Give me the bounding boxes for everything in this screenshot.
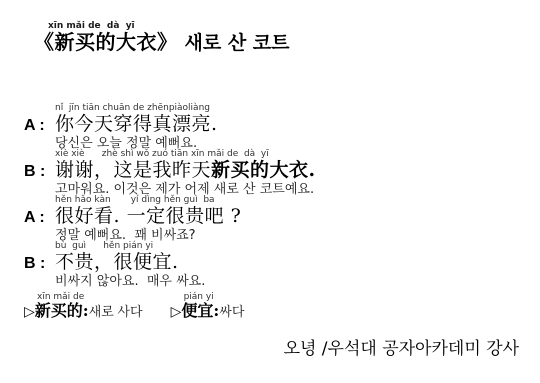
dialog-block: nǐ jīn tiān chuān de zhēnpiàoliàng A :你今… [24, 103, 524, 287]
vocab-korean: 싸다 [219, 304, 244, 319]
dialog-line-a2: hěn hǎo kàn yí dìng hěn guì ba A :很好看. 一… [24, 195, 524, 241]
vocab-korean: 새로 사다 [89, 304, 143, 319]
dialog-line-b1: xiè xiè zhè shì wǒ zuó tiān xīn mǎi de d… [24, 149, 524, 195]
chinese-row: B :谢谢，这是我昨天新买的大衣. [24, 159, 524, 183]
chinese-text: 你今天穿得真漂亮. [55, 113, 218, 135]
vocab-entry: ▷新买的:새로 사다 [24, 302, 143, 321]
chinese-text-emphasis: 新买的大衣. [211, 159, 316, 181]
chinese-text: 谢谢，这是我昨天 [55, 159, 211, 181]
title-block: xīn mǎi de dà yī 《新买的大衣》새로 산 코트 [34, 21, 290, 56]
pinyin-row: xiè xiè zhè shì wǒ zuó tiān xīn mǎi de d… [55, 149, 524, 159]
pinyin-row: nǐ jīn tiān chuān de zhēnpiàoliàng [55, 103, 524, 113]
page-title: 《新买的大衣》새로 산 코트 [34, 31, 290, 56]
pinyin-row: bù guì hěn pián yi [55, 241, 524, 251]
chinese-row: B :不贵，很便宜. [24, 251, 524, 275]
triangle-bullet-icon: ▷ [171, 303, 182, 319]
speaker-label: A : [24, 207, 55, 229]
dialog-line-a1: nǐ jīn tiān chuān de zhēnpiàoliàng A :你今… [24, 103, 524, 149]
chinese-text: 不贵，很便宜. [55, 251, 179, 273]
lesson-slide: xīn mǎi de dà yī 《新买的大衣》새로 산 코트 nǐ jīn t… [0, 0, 540, 383]
korean-translation: 비싸지 않아요. 매우 싸요. [55, 275, 524, 289]
title-chinese: 《新买的大衣》 [34, 30, 178, 54]
vocab-entry: ▷便宜:싸다 [171, 302, 245, 321]
chinese-text: 很好看. 一定很贵吧 ? [55, 205, 241, 227]
vocab-item-xinmaide: xīn mǎi de ▷新买的:새로 사다 [24, 292, 143, 321]
vocab-item-pianyi: pián yi ▷便宜:싸다 [171, 292, 245, 321]
author-credit: 오녕 /우석대 공자아카데미 강사 [284, 334, 519, 359]
vocab-block: xīn mǎi de ▷新买的:새로 사다 pián yi ▷便宜:싸다 [24, 292, 244, 321]
speaker-label: A : [24, 115, 55, 137]
title-korean: 새로 산 코트 [185, 32, 290, 54]
speaker-label: B : [24, 253, 55, 275]
chinese-row: A :很好看. 一定很贵吧 ? [24, 205, 524, 229]
vocab-chinese: 新买的: [35, 301, 89, 320]
dialog-line-b2: bù guì hěn pián yi B :不贵，很便宜. 비싸지 않아요. 매… [24, 241, 524, 287]
chinese-row: A :你今天穿得真漂亮. [24, 113, 524, 137]
vocab-chinese: 便宜: [181, 301, 219, 320]
triangle-bullet-icon: ▷ [24, 303, 35, 319]
speaker-label: B : [24, 161, 55, 183]
